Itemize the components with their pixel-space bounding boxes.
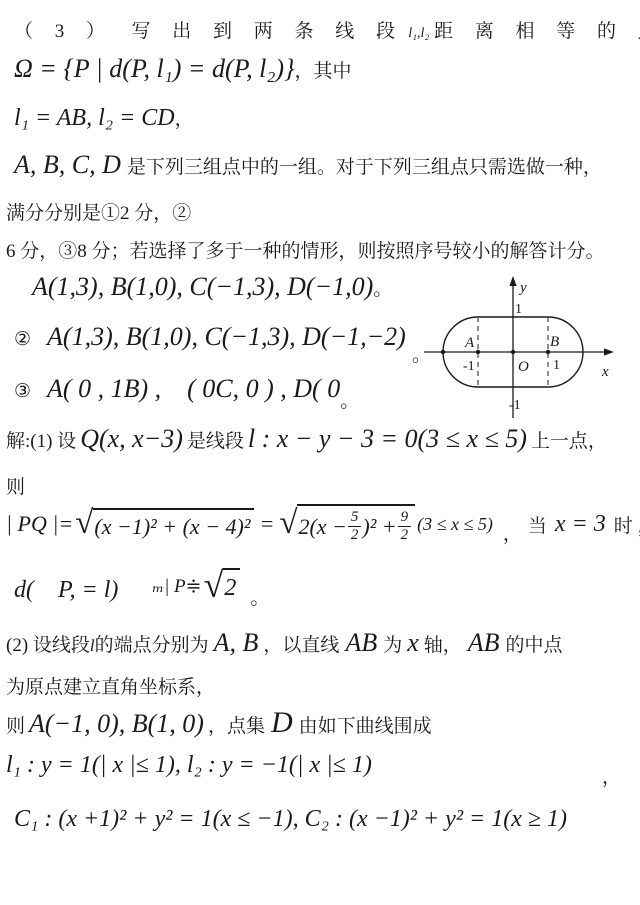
marker-2: ② xyxy=(14,328,31,351)
p2-x-math: x xyxy=(407,628,419,658)
y-axis-label: y xyxy=(518,280,527,296)
point-group-2-math: A(1,3), B(1,0), C(−1,3), D(−1,−2) xyxy=(47,322,406,352)
x-tick-1: 1 xyxy=(553,358,560,373)
radical-2-part-b: )² + xyxy=(362,514,396,540)
score-line-2: 6 分，③8 分；若选择了多于一种的情形，则按照序号较小的解答计分。 xyxy=(6,236,605,263)
radical-3: √ 2 xyxy=(204,568,241,604)
l12-trailing-comma: ， xyxy=(602,762,621,789)
pq-equals: = xyxy=(259,511,274,537)
solution-line-1: 解:(1) 设 Q(x, x−3) 是线段 l : x − y − 3 = 0(… xyxy=(6,424,607,454)
dot-point-a xyxy=(476,350,480,354)
radical-2: √ 2(x − 5 2 )² + 9 2 xyxy=(279,504,415,544)
line1-pre-text: （ 3 ） 写 出 到 两 条 线 段 xyxy=(14,21,404,42)
y-tick-1: 1 xyxy=(515,302,522,317)
part2-line-1: (2) 设线段 l 的端点分别为 A, B ，以直线 AB 为 x 轴， AB … xyxy=(6,628,563,658)
pq-condition: (3 ≤ x ≤ 5) xyxy=(417,514,493,535)
line1-math-l1l2: l₁,l₂ xyxy=(408,26,429,41)
point-group-2: ② A(1,3), B(1,0), C(−1,3), D(−1,−2) xyxy=(14,322,406,352)
p3-mid-text: ，点集 xyxy=(208,711,265,738)
radical-1: √ (x −1)² + (x − 4)² xyxy=(75,508,254,541)
p3-d-math: D xyxy=(271,706,293,740)
y-tick-neg1: -1 xyxy=(509,398,521,413)
dot-point-b xyxy=(546,350,550,354)
p2-mid3-text: 的中点 xyxy=(506,630,563,657)
fraction-9-2: 9 2 xyxy=(398,509,411,544)
abcd-text: 是下列三组点中的一组。对于下列三组点只需选做一种， xyxy=(127,152,602,179)
shi-text: 时 ， xyxy=(614,511,640,538)
d-pre: d( P, = l) xyxy=(14,569,118,604)
point-a-label: A xyxy=(464,335,475,351)
pq-lhs: | PQ |= xyxy=(6,511,73,537)
sol-q-math: Q(x, x−3) xyxy=(80,424,183,454)
part2-line-2: 为原点建立直角坐标系， xyxy=(6,672,215,699)
point-group-3: ③ A( 0 , 1B) , ( 0C, 0 ) , D( 0 。 xyxy=(14,368,359,405)
c1-c2-equations: C₁ : (x +1)² + y² = 1(x ≤ −1), C₂ : (x −… xyxy=(14,806,567,833)
line1-post-text: 距 离 相 等 的 点 的 集 合 xyxy=(434,21,640,42)
origin-label: O xyxy=(518,359,529,375)
point-group-1: A(1,3), B(1,0), C(−1,3), D(−1,0) 。 xyxy=(32,272,392,302)
fraction-5-2-den: 2 xyxy=(348,527,361,544)
p3-post-text: 由如下曲线围成 xyxy=(299,711,432,738)
p2-line-ab-math: AB xyxy=(345,628,377,658)
p2-mid1-text: 的端点分别为 xyxy=(95,630,209,657)
p2-mid2-text: ，以直线 xyxy=(263,630,339,657)
p3-then-text: 则 xyxy=(6,711,25,738)
figure-stadium-plot: y 1 A B -1 O 1 x -1 xyxy=(418,268,640,420)
score-line-1: 满分分别是①2 分，② xyxy=(6,198,191,225)
x-axis-label: x xyxy=(601,364,609,380)
omega-formula: Ω = {P | d(P, l₁) = d(P, l₂)} xyxy=(14,54,294,84)
radical-2-part-a: 2(x − xyxy=(298,514,346,540)
point-group-1-period: 。 xyxy=(373,274,392,301)
marker-3: ③ xyxy=(14,380,31,403)
fraction-5-2-num: 5 xyxy=(348,509,361,527)
d-garbled-mid: ₘ| P≑ xyxy=(152,575,201,598)
abcd-line: A, B, C, D 是下列三组点中的一组。对于下列三组点只需选做一种， xyxy=(14,150,602,180)
p2-pre-text: (2) 设线段 xyxy=(6,630,90,657)
problem-line-1: （ 3 ） 写 出 到 两 条 线 段 l₁,l₂ 距 离 相 等 的 点 的 … xyxy=(14,16,640,43)
sol-mid-text: 是线段 xyxy=(187,426,244,453)
sol-pre-text: 解:(1) 设 xyxy=(6,426,76,453)
pq-comma: ， xyxy=(503,519,522,546)
point-group-1-math: A(1,3), B(1,0), C(−1,3), D(−1,0) xyxy=(32,272,373,302)
l1ab-l2cd-formula: l₁ = AB, l₂ = CD xyxy=(14,105,175,132)
x-axis-arrow xyxy=(604,348,614,355)
x-equals-3: x = 3 xyxy=(555,511,606,538)
x-tick-neg1: -1 xyxy=(463,359,475,374)
fraction-9-2-num: 9 xyxy=(398,509,411,527)
d-period: 。 xyxy=(250,583,269,610)
qizhong-text: ，其中 xyxy=(294,56,351,83)
fraction-5-2: 5 2 xyxy=(348,509,361,544)
radical-1-body: (x −1)² + (x − 4)² xyxy=(93,508,254,541)
line3-comma: ， xyxy=(175,104,194,131)
abcd-math: A, B, C, D xyxy=(14,150,121,180)
formula-omega-line: Ω = {P | d(P, l₁) = d(P, l₂)} ，其中 xyxy=(14,54,351,84)
y-axis-arrow xyxy=(509,276,516,286)
p3-ab-coords-math: A(−1, 0), B(1, 0) xyxy=(29,709,204,739)
sol-post-text: 上一点， xyxy=(531,426,607,453)
sqrt-icon: √ xyxy=(75,507,93,540)
sqrt-icon: √ xyxy=(204,567,224,603)
l1-l2-equations: l₁ : y = 1(| x |≤ 1), l₂ : y = −1(| x |≤… xyxy=(6,752,372,779)
p2-axis-text: 轴， xyxy=(424,630,462,657)
sqrt-icon: √ xyxy=(279,503,297,543)
point-b-label: B xyxy=(550,334,559,350)
radical-3-body: 2 xyxy=(223,568,240,604)
d-distance-line: d( P, = l) ₘ| P≑ √ 2 。 xyxy=(14,568,269,604)
radical-2-body: 2(x − 5 2 )² + 9 2 xyxy=(297,504,415,544)
formula-l1l2-line: l₁ = AB, l₂ = CD ， xyxy=(14,104,194,132)
part2-line-3: 则 A(−1, 0), B(1, 0) ，点集 D 由如下曲线围成 xyxy=(6,706,432,740)
sol-l-equation: l : x − y − 3 = 0(3 ≤ x ≤ 5) xyxy=(248,424,527,454)
dot-left-end xyxy=(441,350,445,354)
fraction-9-2-den: 2 xyxy=(398,527,411,544)
point-group-3-math: A( 0 , 1B) , ( 0C, 0 ) , D( 0 xyxy=(47,368,340,405)
document-page: （ 3 ） 写 出 到 两 条 线 段 l₁,l₂ 距 离 相 等 的 点 的 … xyxy=(0,0,640,905)
when-text: 当 xyxy=(528,511,547,538)
pq-distance-formula: | PQ |= √ (x −1)² + (x − 4)² = √ 2(x − 5… xyxy=(6,504,640,544)
then-text-1: 则 xyxy=(6,472,25,499)
p2-wei-text: 为 xyxy=(383,630,402,657)
p2-ab-mid-math: AB xyxy=(468,628,500,658)
p2-ab-math: A, B xyxy=(214,628,259,658)
dot-origin xyxy=(511,350,515,354)
point-group-3-period: 。 xyxy=(340,386,359,413)
